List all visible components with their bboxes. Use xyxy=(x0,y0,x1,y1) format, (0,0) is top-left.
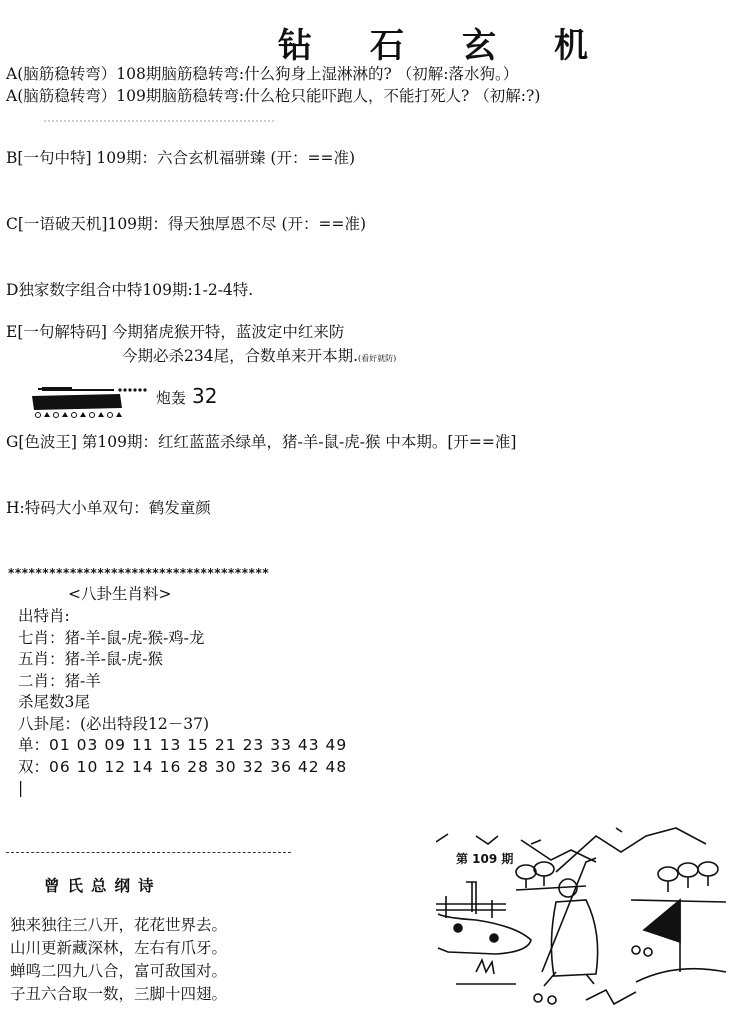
poem-body: 独来独往三八开，花花世界去。 山川更新藏深林，左右有爪牙。 蝉鸣二四九八合，富可… xyxy=(10,914,227,1006)
riddle-line-108: A(脑筋稳转弯）108期脑筋稳转弯:什么狗身上湿淋淋的? （初解:落水狗。） xyxy=(6,64,518,84)
poem-title: 曾氏总纲诗 xyxy=(44,874,162,896)
dashed-divider xyxy=(6,852,291,853)
bagua-line: 八卦尾：(必出特段12－37) xyxy=(18,714,347,736)
trailing-mark: | xyxy=(18,778,347,800)
riddle-line-109: A(脑筋稳转弯）109期脑筋稳转弯:什么枪只能吓跑人，不能打死人? （初解:?) xyxy=(6,86,540,106)
poem-line: 子丑六合取一数，三脚十四翅。 xyxy=(10,983,227,1006)
bagua-line: 二肖：猪-羊 xyxy=(18,671,347,693)
cannon-number: 32 xyxy=(192,384,217,408)
bagua-list: 出特肖: 七肖：猪-羊-鼠-虎-猴-鸡-龙 五肖：猪-羊-鼠-虎-猴 二肖：猪-… xyxy=(18,606,347,800)
section-c-line: C[一语破天机]109期：得天独厚恩不尽 (开：==准) xyxy=(6,214,366,234)
section-e-text: 今期必杀234尾，合数单来开本期. xyxy=(122,347,358,365)
even-label: 双： xyxy=(18,758,49,776)
bagua-line: 七肖：猪-羊-鼠-虎-猴-鸡-龙 xyxy=(18,628,347,650)
bagua-title: <八卦生肖料> xyxy=(68,582,171,604)
even-numbers-row: 双：06 10 12 14 16 28 30 32 36 42 48 xyxy=(18,757,347,779)
poem-line: 蝉鸣二四九八合，富可敌国对。 xyxy=(10,960,227,983)
even-numbers: 06 10 12 14 16 28 30 32 36 42 48 xyxy=(49,758,347,776)
faded-text-line xyxy=(44,120,274,128)
section-e-line-2: 今期必杀234尾，合数单来开本期.(看好就防) xyxy=(122,346,396,369)
tank-icon xyxy=(30,382,150,422)
title-char: 机 xyxy=(554,18,646,67)
cannon-text: 炮轰 xyxy=(156,389,186,407)
poem-line: 山川更新藏深林，左右有爪牙。 xyxy=(10,937,227,960)
bagua-line: 出特肖: xyxy=(18,606,347,628)
bagua-line: 杀尾数3尾 xyxy=(18,692,347,714)
bagua-line: 五肖：猪-羊-鼠-虎-猴 xyxy=(18,649,347,671)
poem-line: 独来独往三八开，花花世界去。 xyxy=(10,914,227,937)
odd-numbers-row: 单：01 03 09 11 13 15 21 23 33 43 49 xyxy=(18,735,347,757)
odd-label: 单： xyxy=(18,736,49,754)
section-b-line: B[一句中特] 109期：六合玄机福骈臻 (开：==准) xyxy=(6,148,355,168)
title-char: 钻 xyxy=(278,18,370,67)
title-char: 石 xyxy=(370,18,462,67)
odd-numbers: 01 03 09 11 13 15 21 23 33 43 49 xyxy=(49,736,347,754)
star-divider: ************************************** xyxy=(8,566,269,580)
section-h-line: H:特码大小单双句：鹤发童颜 xyxy=(6,498,211,518)
title-char: 玄 xyxy=(462,18,554,67)
section-e-line-1: E[一句解特码] 今期猪虎猴开特，蓝波定中红来防 xyxy=(6,322,344,342)
section-d-line: D独家数字组合中特109期:1-2-4特. xyxy=(6,280,253,300)
page-title: 钻石玄机 xyxy=(278,18,646,67)
section-e-note: (看好就防) xyxy=(358,354,396,363)
cannon-label: 炮轰32 xyxy=(156,384,217,408)
issue-label: 第 109 期 xyxy=(456,850,513,867)
section-g-line: G[色波王] 第109期：红红蓝蓝杀绿单，猪-羊-鼠-虎-猴 中本期。[开==准… xyxy=(6,432,516,452)
